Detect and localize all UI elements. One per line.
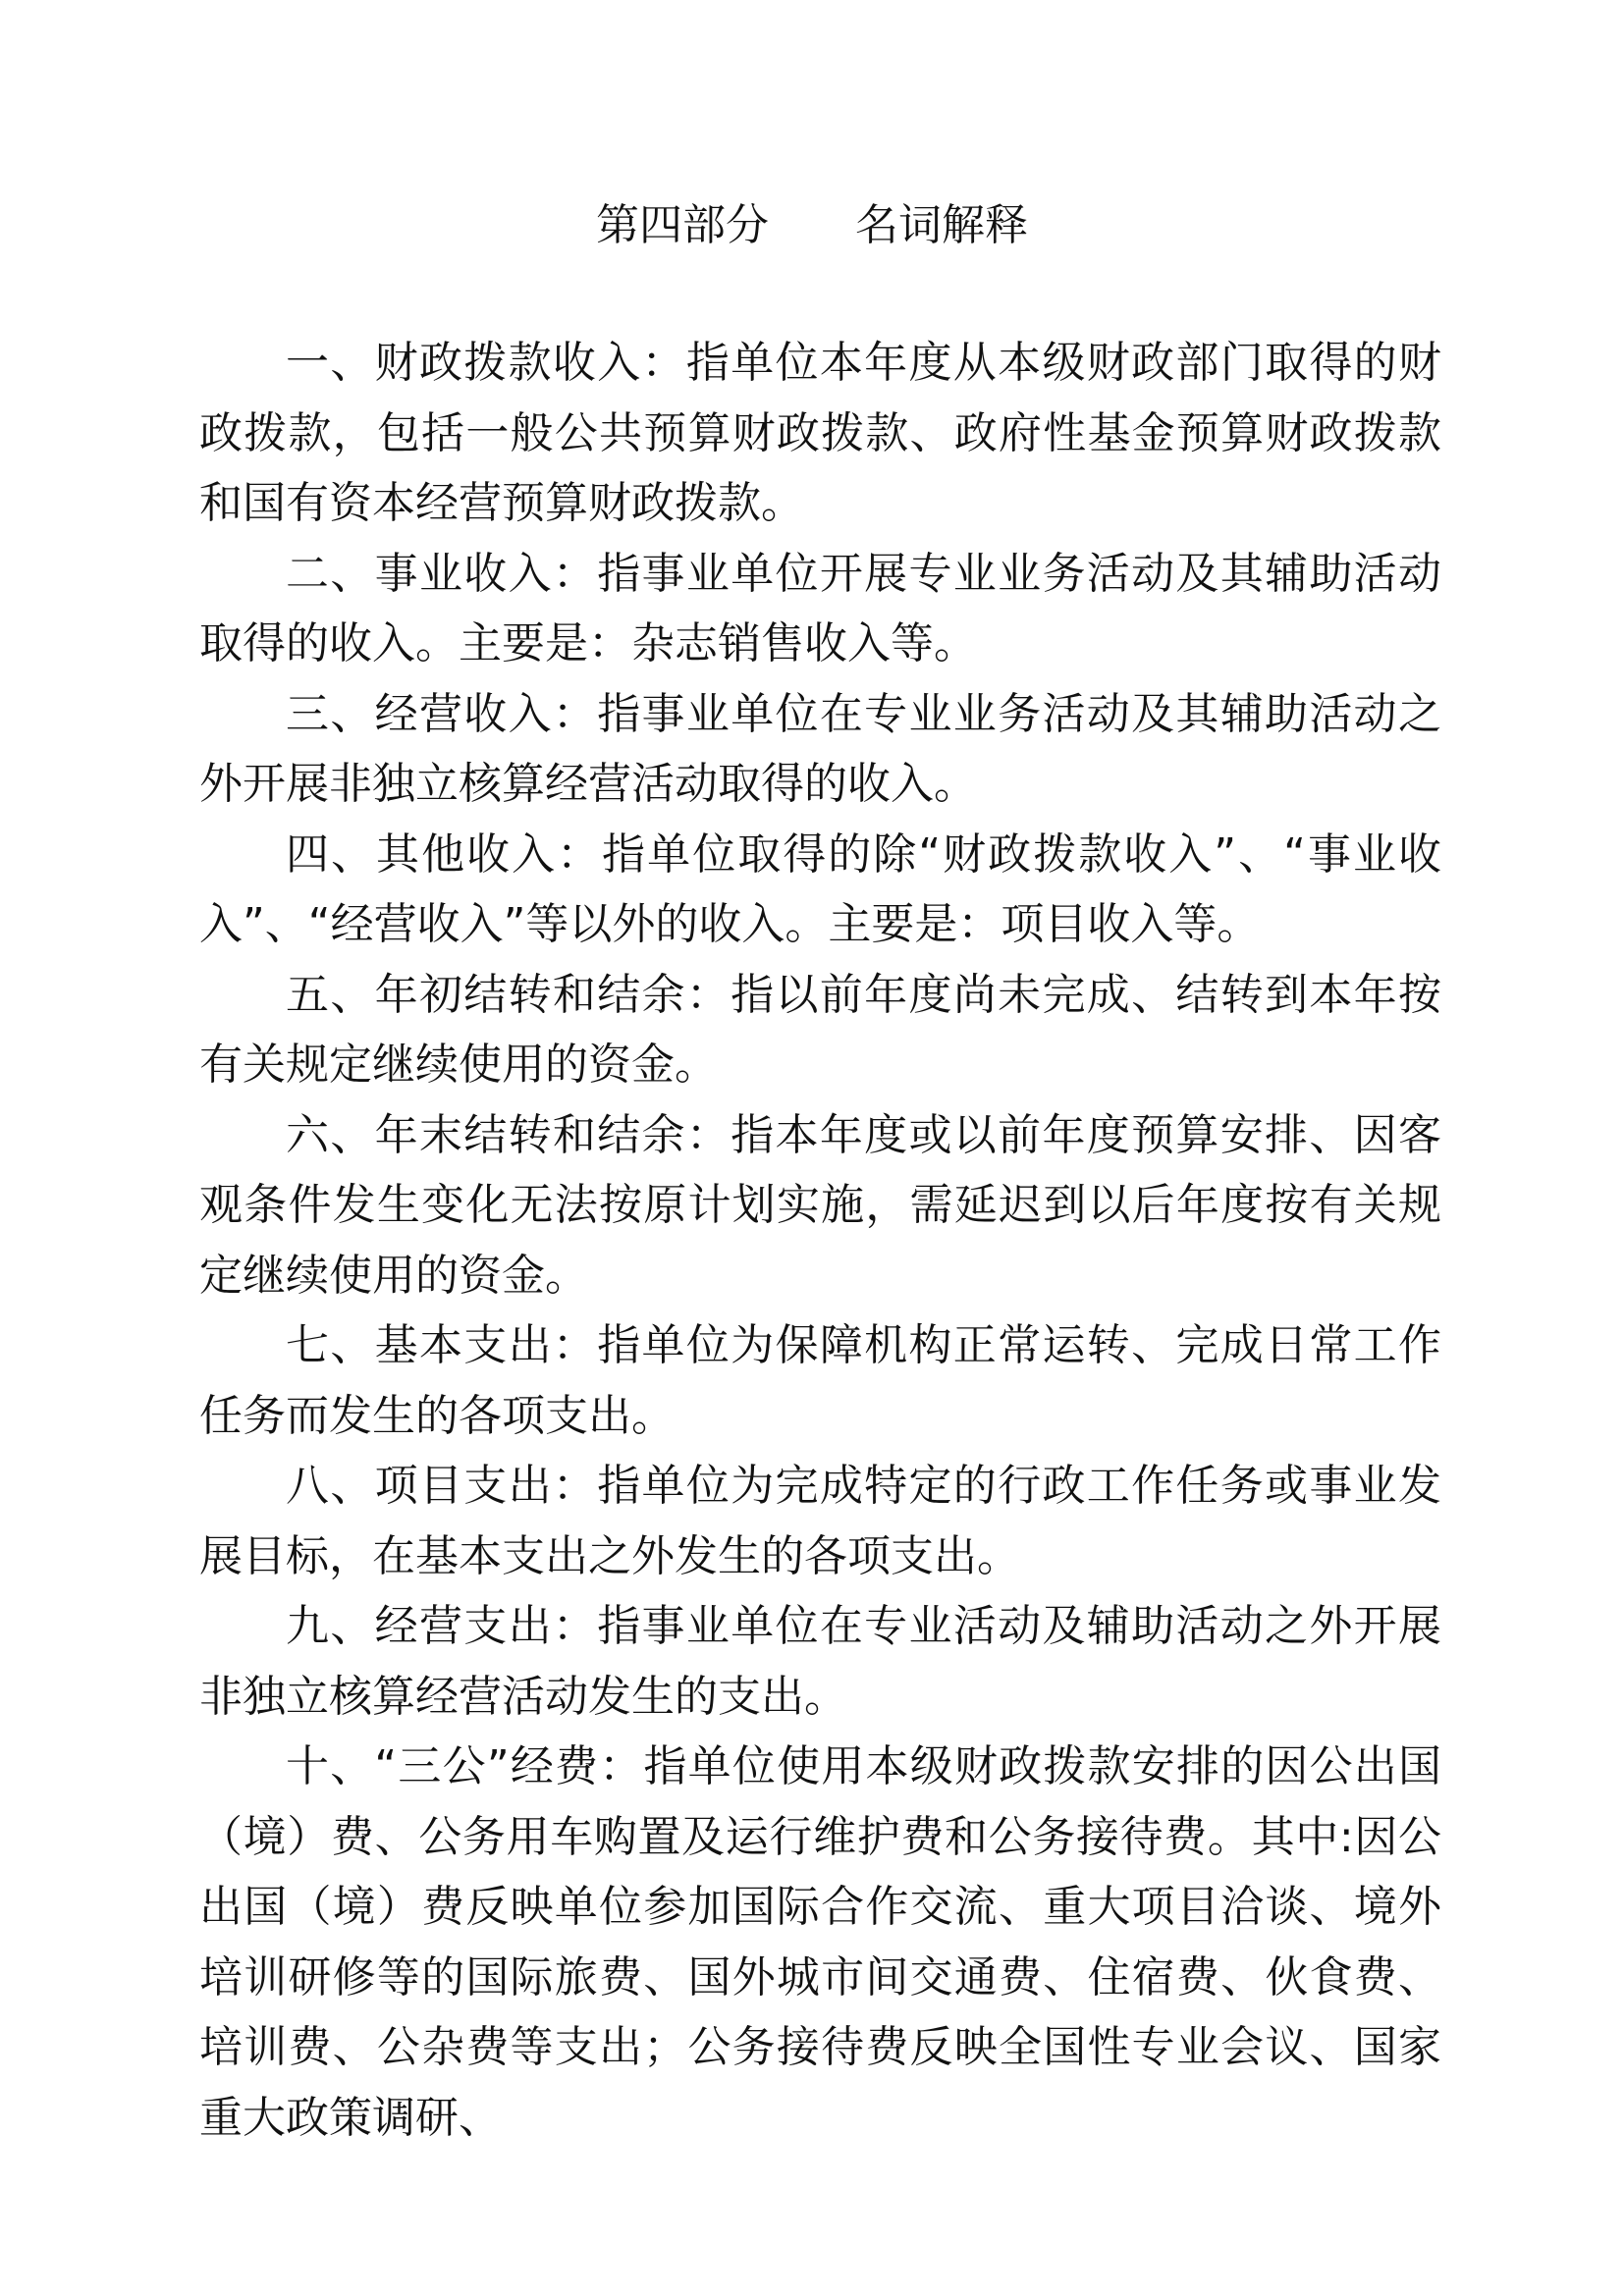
document-page: 第四部分 名词解释 一、财政拨款收入：指单位本年度从本级财政部门取得的财政拨款，… xyxy=(0,0,1624,2296)
page-title: 第四部分 名词解释 xyxy=(0,196,1624,255)
paragraph-three-public-expenses: 十、“三公”经费：指单位使用本级财政拨款安排的因公出国（境）费、公务用车购置及运… xyxy=(199,1732,1441,2153)
paragraph-ending-carryover: 六、年末结转和结余：指本年度或以前年度预算安排、因客观条件发生变化无法按原计划实… xyxy=(199,1100,1441,1311)
paragraph-business-income: 二、事业收入：指事业单位开展专业业务活动及其辅助活动取得的收入。主要是：杂志销售… xyxy=(199,539,1441,679)
paragraph-fiscal-appropriation-income: 一、财政拨款收入：指单位本年度从本级财政部门取得的财政拨款，包括一般公共预算财政… xyxy=(199,328,1441,539)
paragraph-operating-expenditure: 九、经营支出：指事业单位在专业活动及辅助活动之外开展非独立核算经营活动发生的支出… xyxy=(199,1591,1441,1732)
paragraph-beginning-carryover: 五、年初结转和结余：指以前年度尚未完成、结转到本年按有关规定继续使用的资金。 xyxy=(199,960,1441,1100)
document-body: 一、财政拨款收入：指单位本年度从本级财政部门取得的财政拨款，包括一般公共预算财政… xyxy=(199,328,1441,2153)
paragraph-basic-expenditure: 七、基本支出：指单位为保障机构正常运转、完成日常工作任务而发生的各项支出。 xyxy=(199,1310,1441,1451)
paragraph-project-expenditure: 八、项目支出：指单位为完成特定的行政工作任务或事业发展目标，在基本支出之外发生的… xyxy=(199,1451,1441,1591)
paragraph-other-income: 四、其他收入：指单位取得的除“财政拨款收入”、“事业收入”、“经营收入”等以外的… xyxy=(199,820,1441,960)
paragraph-operating-income: 三、经营收入：指事业单位在专业业务活动及其辅助活动之外开展非独立核算经营活动取得… xyxy=(199,679,1441,820)
